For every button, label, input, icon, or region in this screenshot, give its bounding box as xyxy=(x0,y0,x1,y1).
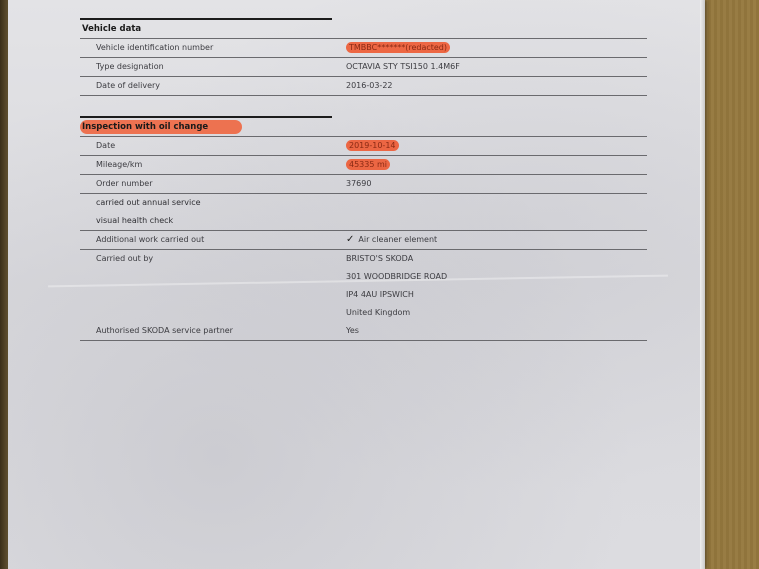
section-title-vehicle-data: Vehicle data xyxy=(80,20,647,38)
service-visual-label: visual health check xyxy=(80,212,340,230)
row-service-visual: visual health check xyxy=(80,212,647,230)
service-annual-label: carried out annual service xyxy=(80,194,340,212)
type-designation-label: Type designation xyxy=(80,58,340,76)
paper-edge xyxy=(700,0,705,569)
type-designation-value: OCTAVIA STY TSI150 1.4M6F xyxy=(340,58,647,76)
vin-label: Vehicle identification number xyxy=(80,39,340,57)
row-additional-work: Additional work carried out ✓Air cleaner… xyxy=(80,230,647,249)
order-number-value: 37690 xyxy=(340,175,647,193)
row-date: Date 2019-10-14 xyxy=(80,136,647,155)
date-of-delivery-label: Date of delivery xyxy=(80,77,340,95)
vin-redacted-highlight: TMBBC*******(redacted) xyxy=(346,42,450,53)
date-of-delivery-value: 2016-03-22 xyxy=(340,77,647,95)
section-title-inspection: Inspection with oil change xyxy=(80,118,647,136)
mileage-value: 45335 mi xyxy=(340,156,647,174)
vin-value: TMBBC*******(redacted) xyxy=(340,39,647,57)
checkmark-icon: ✓ xyxy=(346,234,354,245)
authorised-partner-value: Yes xyxy=(340,322,647,340)
date-value: 2019-10-14 xyxy=(340,137,647,155)
section-bottom-rule xyxy=(80,340,647,341)
order-number-label: Order number xyxy=(80,175,340,193)
row-date-of-delivery: Date of delivery 2016-03-22 xyxy=(80,76,647,95)
additional-work-label: Additional work carried out xyxy=(80,231,340,249)
row-carried-out-by: Carried out by BRISTO'S SKODA xyxy=(80,249,647,268)
row-authorised-partner: Authorised SKODA service partner Yes xyxy=(80,322,647,340)
row-type-designation: Type designation OCTAVIA STY TSI150 1.4M… xyxy=(80,57,647,76)
row-service-annual: carried out annual service xyxy=(80,193,647,212)
mileage-highlight: 45335 mi xyxy=(346,159,390,170)
row-vin: Vehicle identification number TMBBC*****… xyxy=(80,38,647,57)
inspection-section: Inspection with oil change Date 2019-10-… xyxy=(80,116,647,341)
mileage-label: Mileage/km xyxy=(80,156,340,174)
vehicle-data-section: Vehicle data Vehicle identification numb… xyxy=(80,18,647,96)
row-mileage: Mileage/km 45335 mi xyxy=(80,155,647,174)
additional-work-value: ✓Air cleaner element xyxy=(340,231,647,249)
section-bottom-rule xyxy=(80,95,647,96)
row-order-number: Order number 37690 xyxy=(80,174,647,193)
carried-out-by-line-1: BRISTO'S SKODA xyxy=(340,250,647,268)
carried-out-by-label: Carried out by xyxy=(80,250,340,268)
carried-out-by-line-4: United Kingdom xyxy=(340,304,647,322)
carried-out-by-line-3: IP4 4AU IPSWICH xyxy=(340,286,647,304)
carried-out-by-line-2: 301 WOODBRIDGE ROAD xyxy=(340,268,647,286)
date-label: Date xyxy=(80,137,340,155)
date-highlight: 2019-10-14 xyxy=(346,140,399,151)
authorised-partner-label: Authorised SKODA service partner xyxy=(80,322,340,340)
